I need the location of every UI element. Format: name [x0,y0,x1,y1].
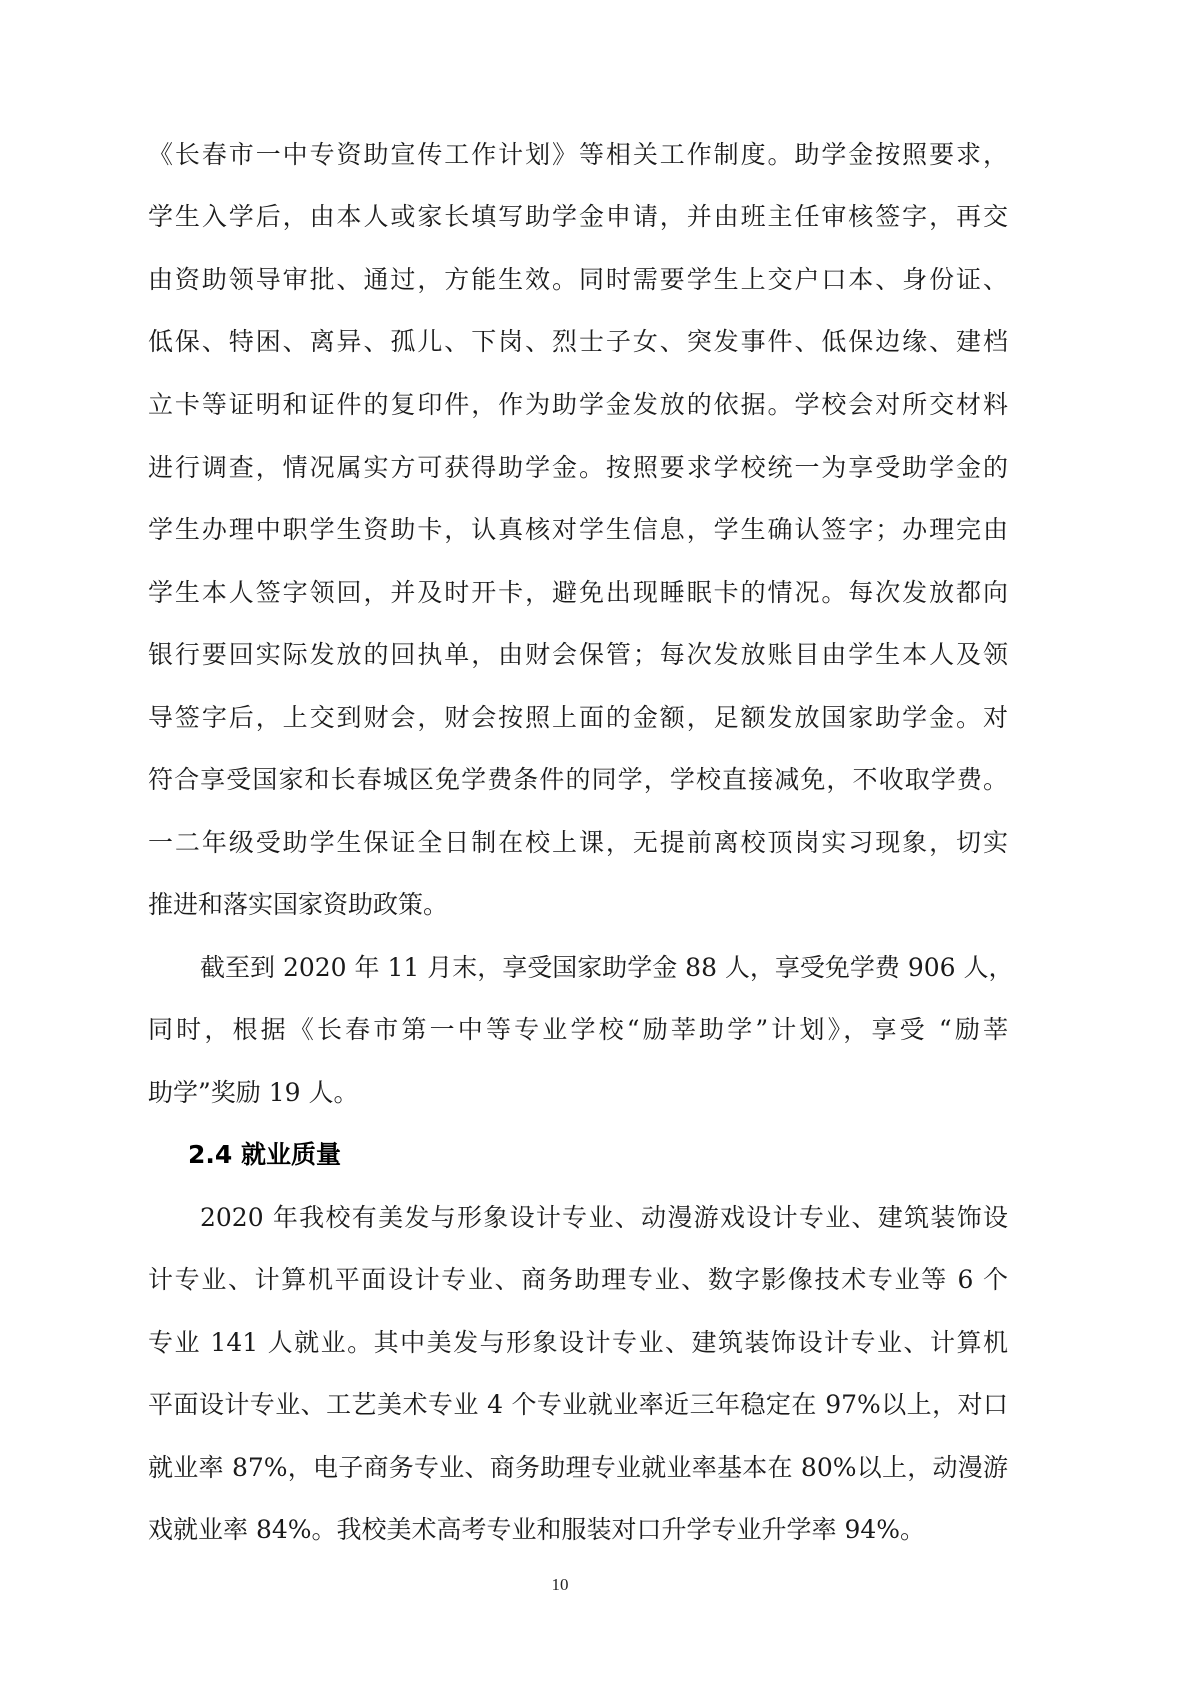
paragraph-line: 由资助领导审批、通过，方能生效。同时需要学生上交户口本、身份证、 [148,260,1008,300]
page-number: 10 [0,1575,1120,1595]
paragraph-line: 助学”奖励 19 人。 [148,1073,1008,1113]
paragraph-line: 计专业、计算机平面设计专业、商务助理专业、数字影像技术专业等 6 个 [148,1260,1008,1300]
section-heading: 2.4 就业质量 [188,1135,341,1175]
paragraph-line: 学生办理中职学生资助卡，认真核对学生信息，学生确认签字；办理完由 [148,510,1008,550]
paragraph-line: 2020 年我校有美发与形象设计专业、动漫游戏设计专业、建筑装饰设 [200,1198,1008,1238]
paragraph-line: 进行调查，情况属实方可获得助学金。按照要求学校统一为享受助学金的 [148,448,1008,488]
paragraph-line: 专业 141 人就业。其中美发与形象设计专业、建筑装饰设计专业、计算机 [148,1323,1008,1363]
paragraph-line: 立卡等证明和证件的复印件，作为助学金发放的依据。学校会对所交材料 [148,385,1008,425]
paragraph-line: 戏就业率 84%。我校美术高考专业和服装对口升学专业升学率 94%。 [148,1510,1008,1550]
paragraph-line: 学生入学后，由本人或家长填写助学金申请，并由班主任审核签字，再交 [148,197,1008,237]
paragraph-line: 银行要回实际发放的回执单，由财会保管；每次发放账目由学生本人及领 [148,635,1008,675]
paragraph-line: 一二年级受助学生保证全日制在校上课，无提前离校顶岗实习现象，切实 [148,823,1008,863]
paragraph-line: 导签字后，上交到财会，财会按照上面的金额，足额发放国家助学金。对 [148,698,1008,738]
paragraph-line: 学生本人签字领回，并及时开卡，避免出现睡眠卡的情况。每次发放都向 [148,573,1008,613]
paragraph-line: 推进和落实国家资助政策。 [148,885,1008,925]
paragraph-line: 平面设计专业、工艺美术专业 4 个专业就业率近三年稳定在 97%以上，对口 [148,1385,1008,1425]
paragraph-line: 低保、特困、离异、孤儿、下岗、烈士子女、突发事件、低保边缘、建档 [148,322,1008,362]
paragraph-line: 同时，根据《长春市第一中等专业学校“励莘助学”计划》，享受 “励莘 [148,1010,1008,1050]
paragraph-line: 符合享受国家和长春城区免学费条件的同学，学校直接减免，不收取学费。 [148,760,1008,800]
paragraph-line: 就业率 87%，电子商务专业、商务助理专业就业率基本在 80%以上，动漫游 [148,1448,1008,1488]
paragraph-line: 截至到 2020 年 11 月末，享受国家助学金 88 人，享受免学费 906 … [200,948,1008,988]
paragraph-line: 《长春市一中专资助宣传工作计划》等相关工作制度。助学金按照要求， [148,135,1008,175]
document-page: 《长春市一中专资助宣传工作计划》等相关工作制度。助学金按照要求， 学生入学后，由… [0,0,1199,1696]
